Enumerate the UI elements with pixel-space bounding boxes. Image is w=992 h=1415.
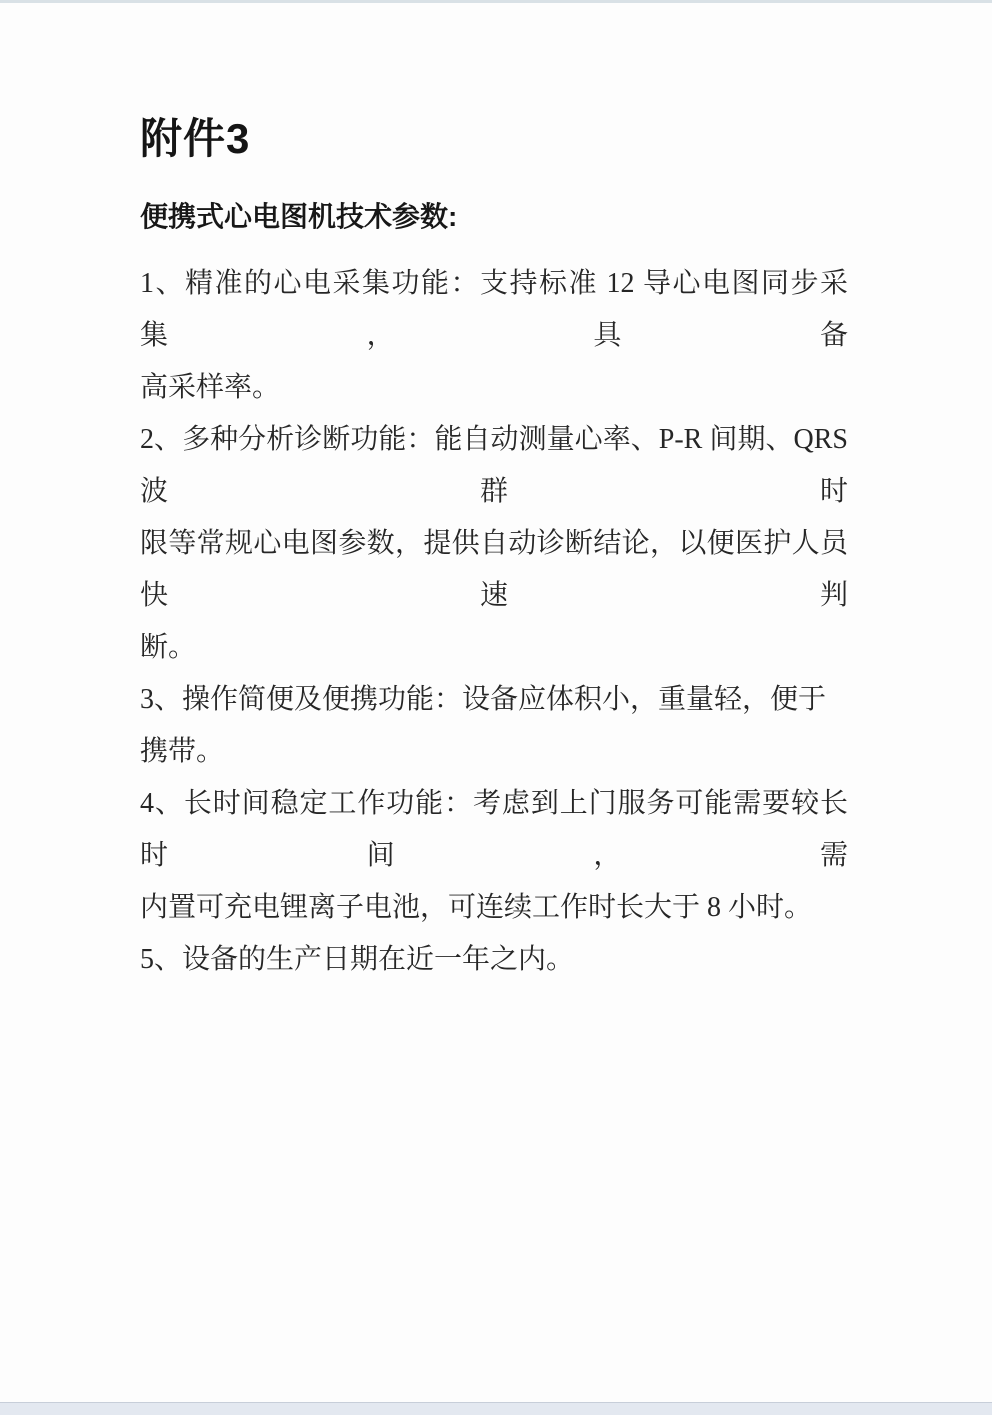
doc-line: 内置可充电锂离子电池，可连续工作时长大于 8 小时。: [140, 882, 848, 934]
doc-line: 1、精准的心电采集功能：支持标准 12 导心电图同步采集，具备: [140, 258, 848, 362]
doc-line: 5、设备的生产日期在近一年之内。: [140, 934, 848, 986]
spec-item-2: 2、多种分析诊断功能：能自动测量心率、P-R 间期、QRS 波群时 限等常规心电…: [140, 414, 848, 674]
spec-item-3: 3、操作简便及便携功能：设备应体积小，重量轻，便于携带。: [140, 674, 848, 778]
page-bottom-edge: [0, 1402, 992, 1415]
doc-line: 3、操作简便及便携功能：设备应体积小，重量轻，便于携带。: [140, 674, 848, 778]
scanned-document-page: { "document": { "attachment_label": "附件3…: [0, 0, 992, 1415]
attachment-title: 附件3: [140, 0, 848, 162]
doc-heading: 便携式心电图机技术参数:: [140, 200, 848, 234]
spec-item-1: 1、精准的心电采集功能：支持标准 12 导心电图同步采集，具备 高采样率。: [140, 258, 848, 414]
spec-item-4: 4、长时间稳定工作功能：考虑到上门服务可能需要较长时间，需 内置可充电锂离子电池…: [140, 778, 848, 934]
doc-body: 1、精准的心电采集功能：支持标准 12 导心电图同步采集，具备 高采样率。 2、…: [140, 258, 848, 986]
document-content: 附件3 便携式心电图机技术参数: 1、精准的心电采集功能：支持标准 12 导心电…: [140, 0, 848, 986]
doc-line: 高采样率。: [140, 362, 848, 414]
spec-item-5: 5、设备的生产日期在近一年之内。: [140, 934, 848, 986]
doc-line: 限等常规心电图参数，提供自动诊断结论，以便医护人员快速判: [140, 518, 848, 622]
doc-line: 2、多种分析诊断功能：能自动测量心率、P-R 间期、QRS 波群时: [140, 414, 848, 518]
doc-line: 4、长时间稳定工作功能：考虑到上门服务可能需要较长时间，需: [140, 778, 848, 882]
doc-line: 断。: [140, 622, 848, 674]
